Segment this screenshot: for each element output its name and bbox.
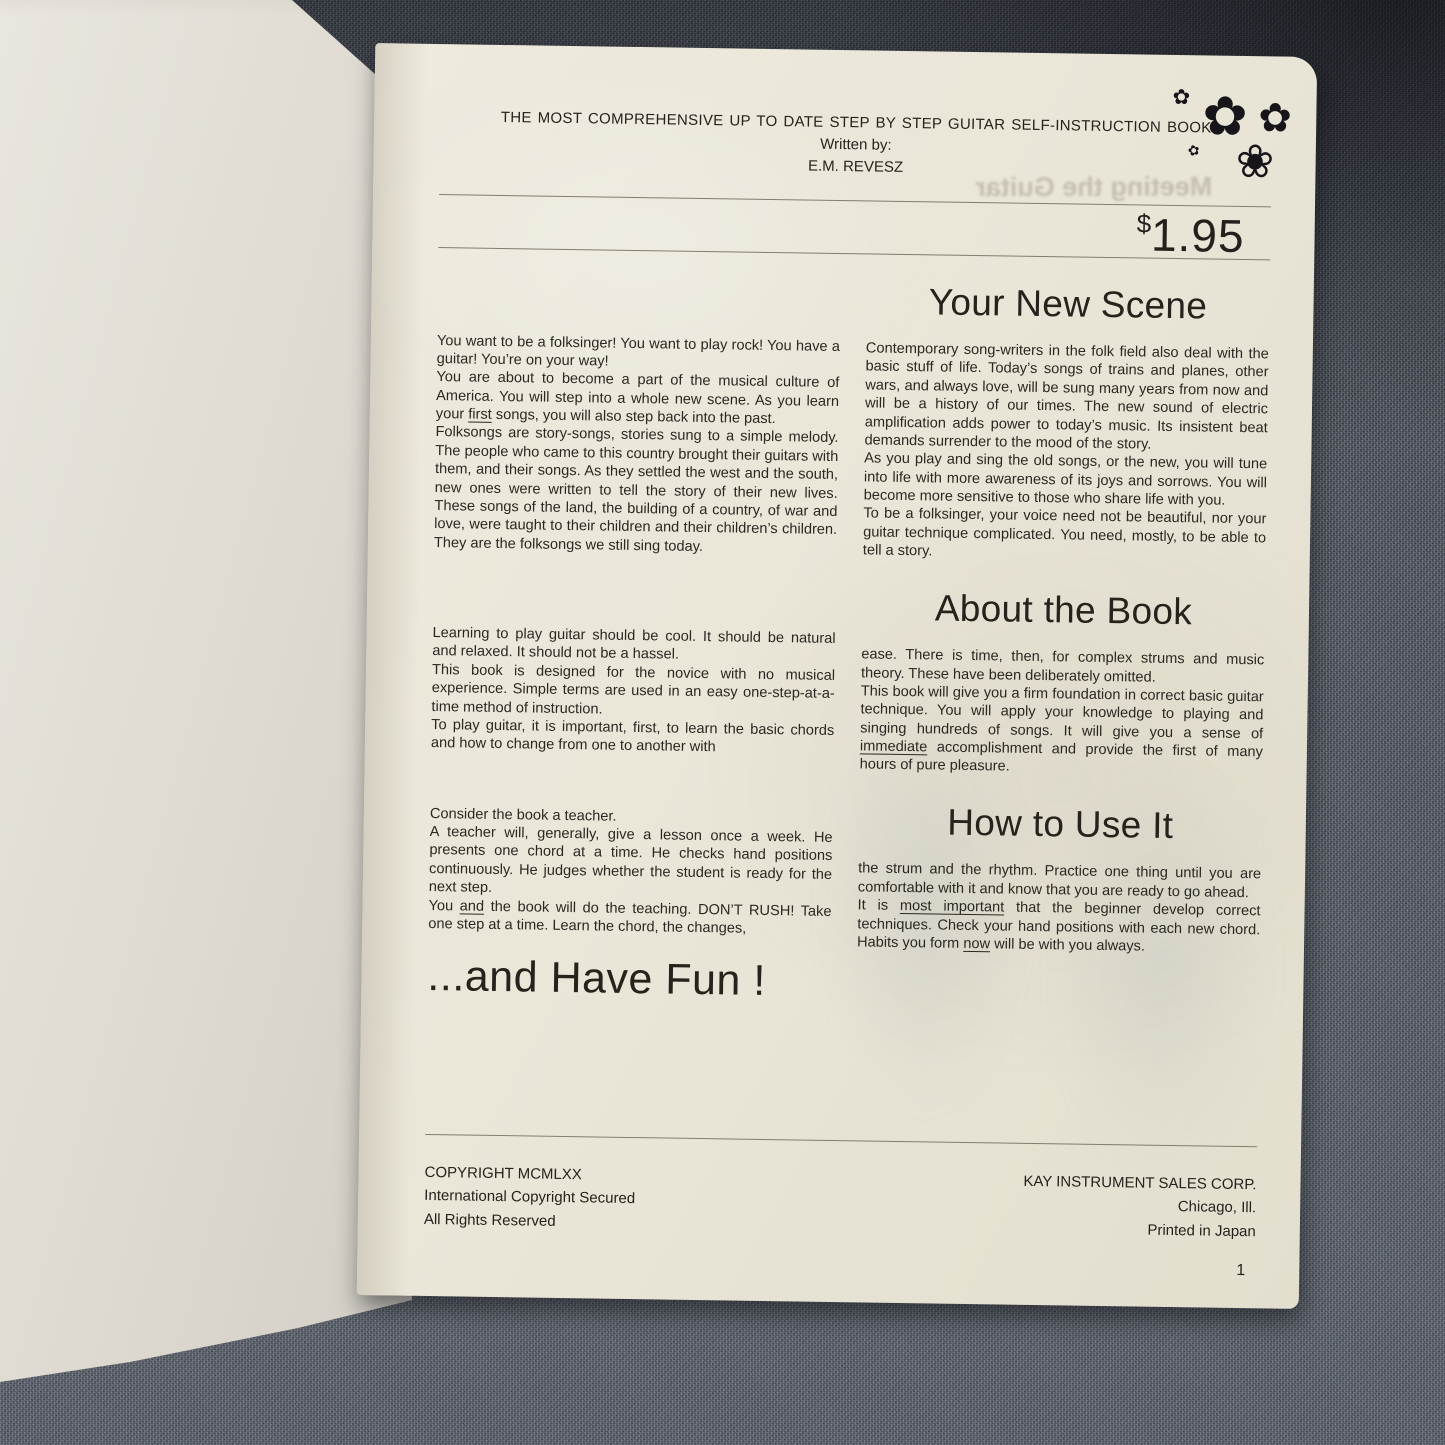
text-segment: It is bbox=[857, 898, 900, 915]
text-segment: To play guitar, it is important, first, … bbox=[431, 717, 834, 756]
learning-block: Learning to play guitar should be cool. … bbox=[431, 624, 836, 759]
page-number: 1 bbox=[1236, 1262, 1245, 1280]
text-segment: ease. There is time, then, for complex s… bbox=[861, 647, 1264, 686]
paragraph: As you play and sing the old songs, or t… bbox=[864, 450, 1268, 511]
flower-decorations: ✿ ✿ ✿ ✿ ❀ bbox=[1155, 81, 1317, 233]
text-segment: You bbox=[428, 897, 459, 913]
copyright-block: COPYRIGHT MCMLXX International Copyright… bbox=[424, 1161, 636, 1234]
underlined-text: first bbox=[468, 407, 492, 423]
left-column: You want to be a folksinger! You want to… bbox=[427, 248, 841, 1010]
teacher-block: Consider the book a teacher. A teacher w… bbox=[428, 805, 833, 940]
paragraph: It is most important that the beginner d… bbox=[857, 897, 1261, 958]
flower-icon: ✿ bbox=[1258, 98, 1292, 138]
paragraph: This book is designed for the novice wit… bbox=[431, 661, 835, 722]
copyright-line: All Rights Reserved bbox=[424, 1207, 635, 1233]
page-footer: COPYRIGHT MCMLXX International Copyright… bbox=[424, 1134, 1257, 1243]
section-heading-about-the-book: About the Book bbox=[862, 584, 1266, 637]
text-segment: the strum and the rhythm. Practice one t… bbox=[858, 861, 1261, 901]
section-heading-your-new-scene: Your New Scene bbox=[866, 278, 1270, 331]
paragraph: Contemporary song-writers in the folk fi… bbox=[864, 340, 1269, 456]
flower-outline-icon: ❀ bbox=[1235, 138, 1274, 185]
text-columns: You want to be a folksinger! You want to… bbox=[427, 248, 1270, 1016]
footer-row: COPYRIGHT MCMLXX International Copyright… bbox=[424, 1161, 1257, 1243]
text-segment: You want to be a folksinger! You want to… bbox=[437, 333, 840, 370]
text-segment: This book will give you a firm foundatio… bbox=[860, 683, 1264, 742]
publisher-line: Chicago, Ill. bbox=[1023, 1193, 1256, 1220]
publisher-line: Printed in Japan bbox=[1023, 1216, 1256, 1243]
paragraph: This book will give you a firm foundatio… bbox=[860, 682, 1264, 780]
paragraph: You are about to become a part of the mu… bbox=[436, 368, 840, 429]
paragraph: the strum and the rhythm. Practice one t… bbox=[858, 860, 1262, 903]
text-segment: As you play and sing the old songs, or t… bbox=[864, 451, 1268, 509]
publisher-line: KAY INSTRUMENT SALES CORP. bbox=[1023, 1170, 1256, 1197]
paragraph: Learning to play guitar should be cool. … bbox=[432, 624, 836, 667]
underlined-text: immediate bbox=[860, 738, 928, 755]
paragraph: To be a folksinger, your voice need not … bbox=[863, 505, 1267, 566]
right-column: Your New Scene Contemporary song-writers… bbox=[856, 254, 1270, 1016]
text-segment: the book will do the teaching. DON’T RUS… bbox=[428, 898, 831, 936]
underlined-text: most important bbox=[900, 898, 1005, 916]
flower-icon: ✿ bbox=[1186, 142, 1201, 158]
paragraph: A teacher will, generally, give a lesson… bbox=[429, 823, 833, 902]
text-segment: Folksongs are story-songs, stories sung … bbox=[434, 424, 839, 554]
flower-icon: ✿ bbox=[1172, 87, 1190, 108]
copyright-line: International Copyright Secured bbox=[424, 1184, 635, 1210]
paragraph: To play guitar, it is important, first, … bbox=[431, 716, 835, 759]
publisher-block: KAY INSTRUMENT SALES CORP. Chicago, Ill.… bbox=[1023, 1170, 1257, 1243]
paragraph: You and the book will do the teaching. D… bbox=[428, 896, 832, 939]
intro-block: You want to be a folksinger! You want to… bbox=[434, 332, 840, 558]
text-segment: Learning to play guitar should be cool. … bbox=[432, 625, 835, 663]
page-content: THE MOST COMPREHENSIVE UP TO DATE STEP B… bbox=[357, 43, 1317, 1309]
text-segment: Contemporary song-writers in the folk fi… bbox=[864, 341, 1269, 453]
book-page: Meeting the Guitar ✿ ✿ ✿ ✿ ❀ THE MOST CO… bbox=[357, 43, 1317, 1309]
copyright-line: COPYRIGHT MCMLXX bbox=[424, 1161, 635, 1187]
have-fun-tagline: ...and Have Fun ! bbox=[427, 949, 831, 1009]
underlined-text: and bbox=[460, 898, 485, 914]
paragraph: You want to be a folksinger! You want to… bbox=[437, 332, 841, 375]
text-segment: Consider the book a teacher. bbox=[430, 806, 617, 825]
section-heading-how-to-use-it: How to Use It bbox=[858, 798, 1262, 851]
paragraph: Folksongs are story-songs, stories sung … bbox=[434, 423, 839, 558]
text-segment: To be a folksinger, your voice need not … bbox=[863, 506, 1267, 560]
text-segment: A teacher will, generally, give a lesson… bbox=[429, 824, 833, 896]
paragraph: ease. There is time, then, for complex s… bbox=[861, 646, 1265, 689]
book-photo-scene: Meeting the Guitar ✿ ✿ ✿ ✿ ❀ THE MOST CO… bbox=[0, 0, 1445, 1445]
price-currency: $ bbox=[1137, 208, 1152, 238]
text-segment: will be with you always. bbox=[990, 936, 1145, 954]
text-segment: This book is designed for the novice wit… bbox=[431, 662, 835, 717]
underlined-text: now bbox=[963, 936, 990, 952]
